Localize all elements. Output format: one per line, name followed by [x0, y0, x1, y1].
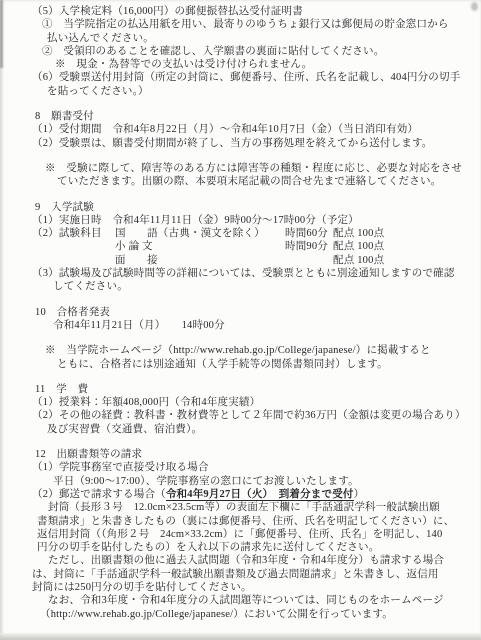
section10-heading: 10 合格者発表: [35, 306, 473, 319]
mail-request-prefix: （2）郵送で請求する場合（: [32, 489, 166, 500]
section-6-return-envelope: （6）受験票送付用封筒（所定の封筒に、郵便番号、住所、氏名を記載し、404円分の…: [32, 71, 473, 98]
exam-subject-row: 小 論 文 時間90分 配点 100点: [32, 240, 473, 253]
section-9-entrance-exam: 9 入学試験 （1）実施日時 令和4年11月11日（金）9時00分～17時00分…: [32, 201, 473, 294]
section12-heading: 12 出願書類等の請求: [35, 448, 473, 461]
section10-date: 令和4年11月21日（月） 14時00分: [53, 319, 473, 332]
section12-item2-line10: （http://www.rehab.go.jp/College/japanese…: [40, 608, 473, 621]
section11-item2-line1: （2）その他の経費：教科書・教材費等として２年間で約36万円（金額は変更の場合あ…: [32, 409, 473, 422]
exam-subject-time: 時間90分: [285, 240, 333, 253]
document-body: （5）入学検定料（16,000円）の郵便振替払込受付証明書 ① 当学院指定の払込…: [32, 5, 473, 621]
exam-subject-name: 国 語（古典・漢文を除く）: [115, 227, 285, 240]
exam-subject-name: 小 論 文: [115, 240, 285, 253]
exam-subject-points: 配点 100点: [333, 227, 384, 240]
exam-subject-name: 面 接: [115, 254, 285, 267]
section8-note-line2: ていただきます。出願の際、本要項末尾記載の問合せ先まで連絡してください。: [57, 175, 473, 188]
section-10-results-announcement: 10 合格者発表 令和4年11月21日（月） 14時00分 ※ 当学院ホームペー…: [32, 306, 473, 371]
section9-item1: （1）実施日時 令和4年11月11日（金）9時00分～17時00分（予定）: [32, 214, 473, 227]
section12-item2-line4: 返信用封筒（（角形２号 24cm×33.2cm）に「郵便番号、住所、氏名」を明記…: [37, 528, 473, 541]
scanned-admission-guidelines-page: （5）入学検定料（16,000円）の郵便振替払込受付証明書 ① 当学院指定の払込…: [0, 0, 481, 640]
section11-item2-line2: 及び実習費（交通費、宿泊費）。: [47, 423, 473, 436]
section9-heading: 9 入学試験: [35, 201, 473, 214]
section12-item2-line6: ただし、出願書類の他に過去入試問題（令和3年度・令和4年度分）も請求する場合: [48, 554, 473, 567]
exam-subject-row: （2）試験科目 国 語（古典・漢文を除く） 時間60分 配点 100点: [32, 227, 473, 240]
section12-item2-line5: 円分の切手を貼付したもの）を入れ以下の請求先に送付してください。: [37, 541, 473, 554]
section8-heading: 8 願書受付: [35, 110, 473, 123]
section-8-application-acceptance: 8 願書受付 （1）受付期間 令和4年8月22日（月）～令和4年10月7日（金）…: [32, 110, 473, 188]
section8-item2: （2）受験票は、願書受付期間が終了し、当方の事務処理を終えてから送付します。: [32, 137, 473, 150]
item5-title: （5）入学検定料（16,000円）の郵便振替払込受付証明書: [32, 5, 473, 18]
section12-item1-line1: （1）学院事務室で直接受け取る場合: [32, 461, 473, 474]
section-12-document-requests: 12 出願書類等の請求 （1）学院事務室で直接受け取る場合 平日（9:00～17…: [32, 448, 473, 621]
section12-item2-line1: （2）郵送で請求する場合（令和4年9月27日（火） 到着分まで受付）: [32, 488, 473, 501]
section12-item2-line8: 封筒には250円分の切手を貼付してください。: [32, 581, 473, 594]
scan-edge-artifact-bottom: [0, 633, 481, 640]
section8-item1: （1）受付期間 令和4年8月22日（月）～令和4年10月7日（金）（当日消印有効…: [32, 123, 473, 136]
exam-subject-points: 配点 100点: [333, 254, 384, 267]
section12-item2-line2: 封筒（長形３号 12.0cm×23.5cm等）の表面左下欄に「手話通訳学科一般試…: [48, 501, 473, 514]
exam-subject-time: [285, 254, 333, 267]
item5-sub1-line2: 払い込んでください。: [47, 32, 473, 45]
scan-edge-artifact-left: [0, 0, 3, 68]
section12-item2-line7: は、封筒に「手話通訳学科一般試験出願書類及び過去問題請求」と朱書きし、返信用: [32, 568, 473, 581]
item5-note: ※ 現金・為替等での支払いは受け付けられません。: [55, 58, 473, 71]
exam-subjects-label: （2）試験科目: [32, 227, 115, 240]
section9-item3-line1: （3）試験場及び試験時間等の詳細については、受験票とともに別途通知しますので確認: [32, 267, 473, 280]
section10-note-line2: ともに、合格者には別途通知（入学手続等の関係書類同封）します。: [57, 358, 473, 371]
section12-item2-line3: 書類請求」と朱書きしたもの（裏には郵便番号、住所、氏名を明記してください）に、: [37, 515, 473, 528]
section9-item3-line2: してください。: [53, 280, 473, 293]
item6-line2: を貼ってください。）: [47, 85, 473, 98]
item6-line1: （6）受験票送付用封筒（所定の封筒に、郵便番号、住所、氏名を記載し、404円分の…: [32, 71, 473, 84]
exam-subject-points: 配点 100点: [333, 240, 384, 253]
section-11-tuition: 11 学 費 （1）授業料：年額408,000円（令和4年度実績） （2）その他…: [32, 383, 473, 436]
section8-note-line1: ※ 受験に際して、障害等のある方には障害等の種類・程度に応じ、必要な対応をさせ: [45, 162, 473, 175]
mail-request-suffix: ）: [354, 489, 365, 500]
section12-item2-line9: なお、令和3年度・令和4年度分の入試問題等については、同じものをホームページ: [48, 594, 473, 607]
exam-subject-time: 時間60分: [285, 227, 333, 240]
section11-item1: （1）授業料：年額408,000円（令和4年度実績）: [32, 396, 473, 409]
section12-item1-line2: 平日（9:00～17:00）、学院事務室の窓口にてお渡しいたします。: [53, 475, 473, 488]
section10-note-line1: ※ 当学院ホームページ（http://www.rehab.go.jp/Colle…: [45, 344, 473, 357]
section-5-exam-fee-certificate: （5）入学検定料（16,000円）の郵便振替払込受付証明書 ① 当学院指定の払込…: [32, 5, 473, 71]
section11-heading: 11 学 費: [35, 383, 473, 396]
mail-request-deadline: 令和4年9月27日（火） 到着分まで受付: [166, 489, 354, 502]
exam-subject-row: 面 接 配点 100点: [32, 254, 473, 267]
item5-sub1-line1: ① 当学院指定の払込用紙を用い、最寄りのゆうちょ銀行又は郵便局の貯金窓口から: [42, 18, 473, 31]
item5-sub2: ② 受領印のあることを確認し、入学願書の裏面に貼付してください。: [42, 45, 473, 58]
